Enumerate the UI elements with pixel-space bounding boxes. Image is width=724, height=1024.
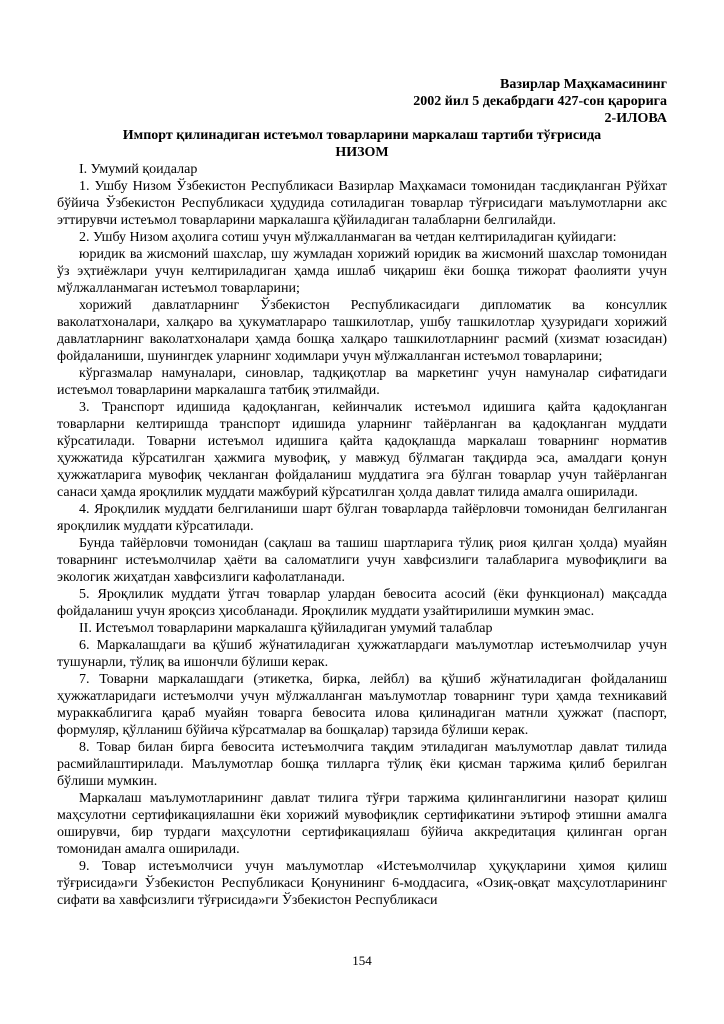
paragraph: 6. Маркалашдаги ва қўшиб жўнатиладиган ҳ… xyxy=(57,637,667,671)
document-page: Вазирлар Маҳкамасининг 2002 йил 5 декабр… xyxy=(0,0,724,1024)
document-body: I. Умумий қоидалар1. Ушбу Низом Ўзбекист… xyxy=(57,161,667,909)
paragraph: 3. Транспорт идишида қадоқланган, кейинч… xyxy=(57,399,667,501)
paragraph: хорижий давлатларнинг Ўзбекистон Республ… xyxy=(57,297,667,365)
header-line-decree: 2002 йил 5 декабрдаги 427-сон қарорига xyxy=(57,93,667,110)
paragraph: юридик ва жисмоний шахслар, шу жумладан … xyxy=(57,246,667,297)
document-subtitle: Импорт қилинадиган истеъмол товарларини … xyxy=(57,127,667,144)
paragraph: 4. Яроқлилик муддати белгиланиши шарт бў… xyxy=(57,501,667,535)
page-number: 154 xyxy=(0,952,724,969)
paragraph: кўргазмалар намуналари, синовлар, тадқиқ… xyxy=(57,365,667,399)
paragraph: 9. Товар истеъмолчиси учун маълумотлар «… xyxy=(57,858,667,909)
paragraph: 1. Ушбу Низом Ўзбекистон Республикаси Ва… xyxy=(57,178,667,229)
paragraph: 5. Яроқлилик муддати ўтгач товарлар улар… xyxy=(57,586,667,620)
header-line-annex: 2-ИЛОВА xyxy=(57,110,667,127)
document-heading: НИЗОМ xyxy=(57,144,667,161)
paragraph: Бунда тайёрловчи томонидан (сақлаш ва та… xyxy=(57,535,667,586)
paragraph: 2. Ушбу Низом аҳолига сотиш учун мўлжалл… xyxy=(57,229,667,246)
paragraph: Маркалаш маълумотларининг давлат тилига … xyxy=(57,790,667,858)
paragraph: 7. Товарни маркалашдаги (этикетка, бирка… xyxy=(57,671,667,739)
document-title-block: Импорт қилинадиган истеъмол товарларини … xyxy=(57,127,667,161)
paragraph: II. Истеъмол товарларини маркалашга қўйи… xyxy=(57,620,667,637)
paragraph: 8. Товар билан бирга бевосита истеъмолчи… xyxy=(57,739,667,790)
paragraph: I. Умумий қоидалар xyxy=(57,161,667,178)
document-header: Вазирлар Маҳкамасининг 2002 йил 5 декабр… xyxy=(57,76,667,127)
header-line-authority: Вазирлар Маҳкамасининг xyxy=(57,76,667,93)
